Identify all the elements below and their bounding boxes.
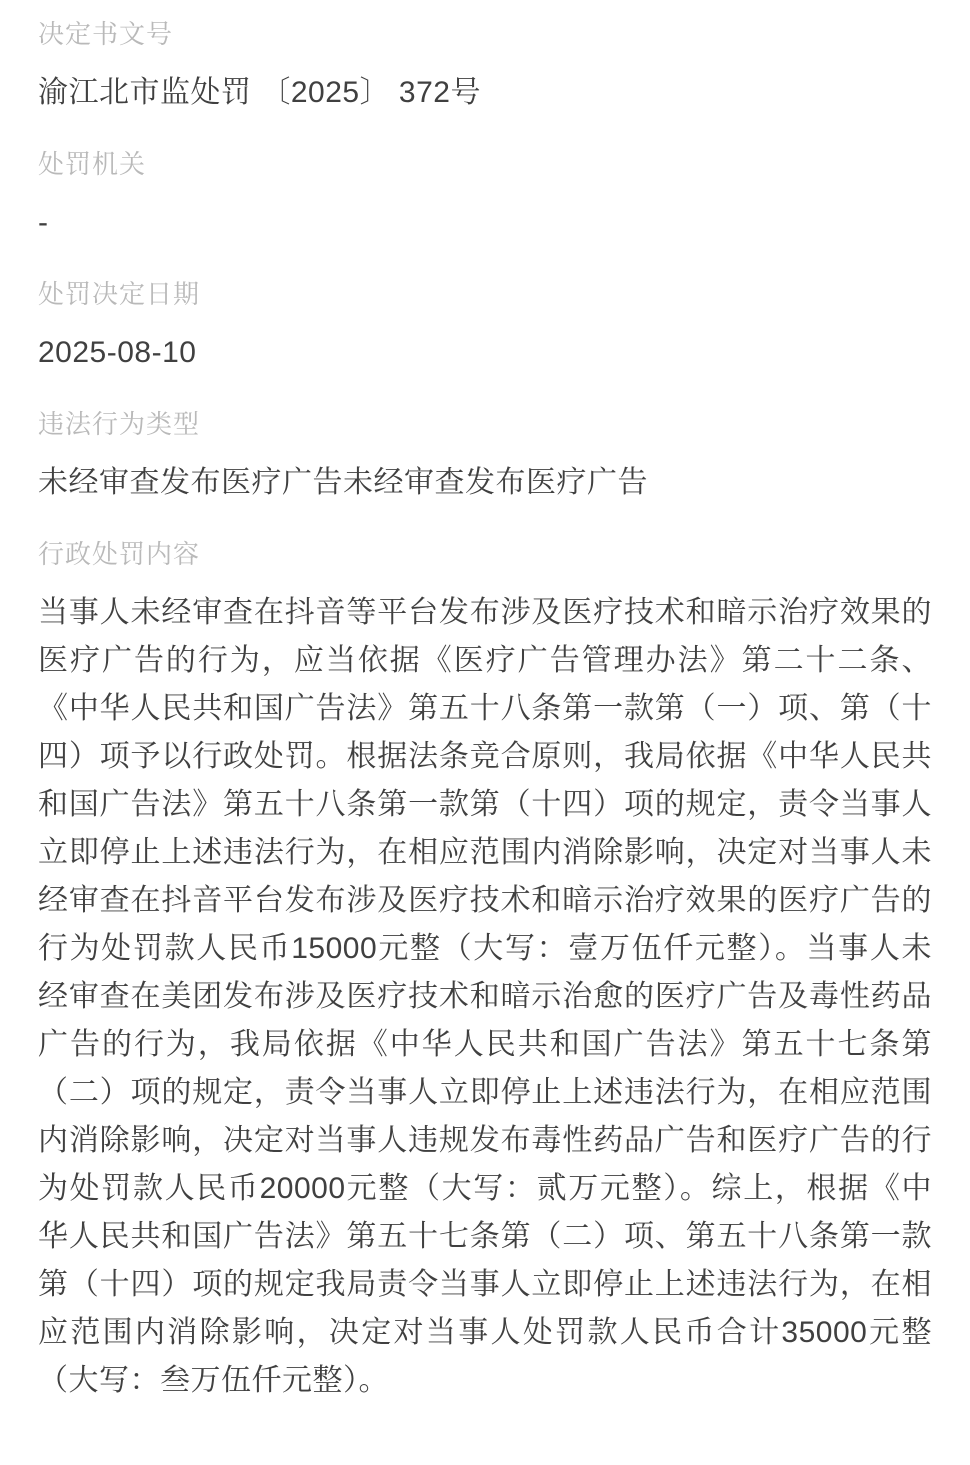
field-penalty-content: 行政处罚内容 当事人未经审查在抖音等平台发布涉及医疗技术和暗示治疗效果的医疗广告… [38,537,932,1405]
field-document-number: 决定书文号 渝江北市监处罚 〔2025〕 372号 [38,17,932,117]
field-penalty-decision-date: 处罚决定日期 2025-08-10 [38,277,932,377]
penalty-decision-date-label: 处罚决定日期 [38,277,932,311]
penalty-authority-label: 处罚机关 [38,147,932,181]
violation-type-label: 违法行为类型 [38,407,932,441]
field-penalty-authority: 处罚机关 - [38,147,932,247]
violation-type-value: 未经审查发布医疗广告未经审查发布医疗广告 [38,459,932,507]
penalty-decision-date-value: 2025-08-10 [38,329,932,377]
penalty-record-detail: 决定书文号 渝江北市监处罚 〔2025〕 372号 处罚机关 - 处罚决定日期 … [0,0,970,1465]
penalty-authority-value: - [38,199,932,247]
penalty-content-value: 当事人未经审查在抖音等平台发布涉及医疗技术和暗示治疗效果的医疗广告的行为，应当依… [38,589,932,1405]
document-number-value: 渝江北市监处罚 〔2025〕 372号 [38,69,932,117]
penalty-content-label: 行政处罚内容 [38,537,932,571]
field-violation-type: 违法行为类型 未经审查发布医疗广告未经审查发布医疗广告 [38,407,932,507]
document-number-label: 决定书文号 [38,17,932,51]
